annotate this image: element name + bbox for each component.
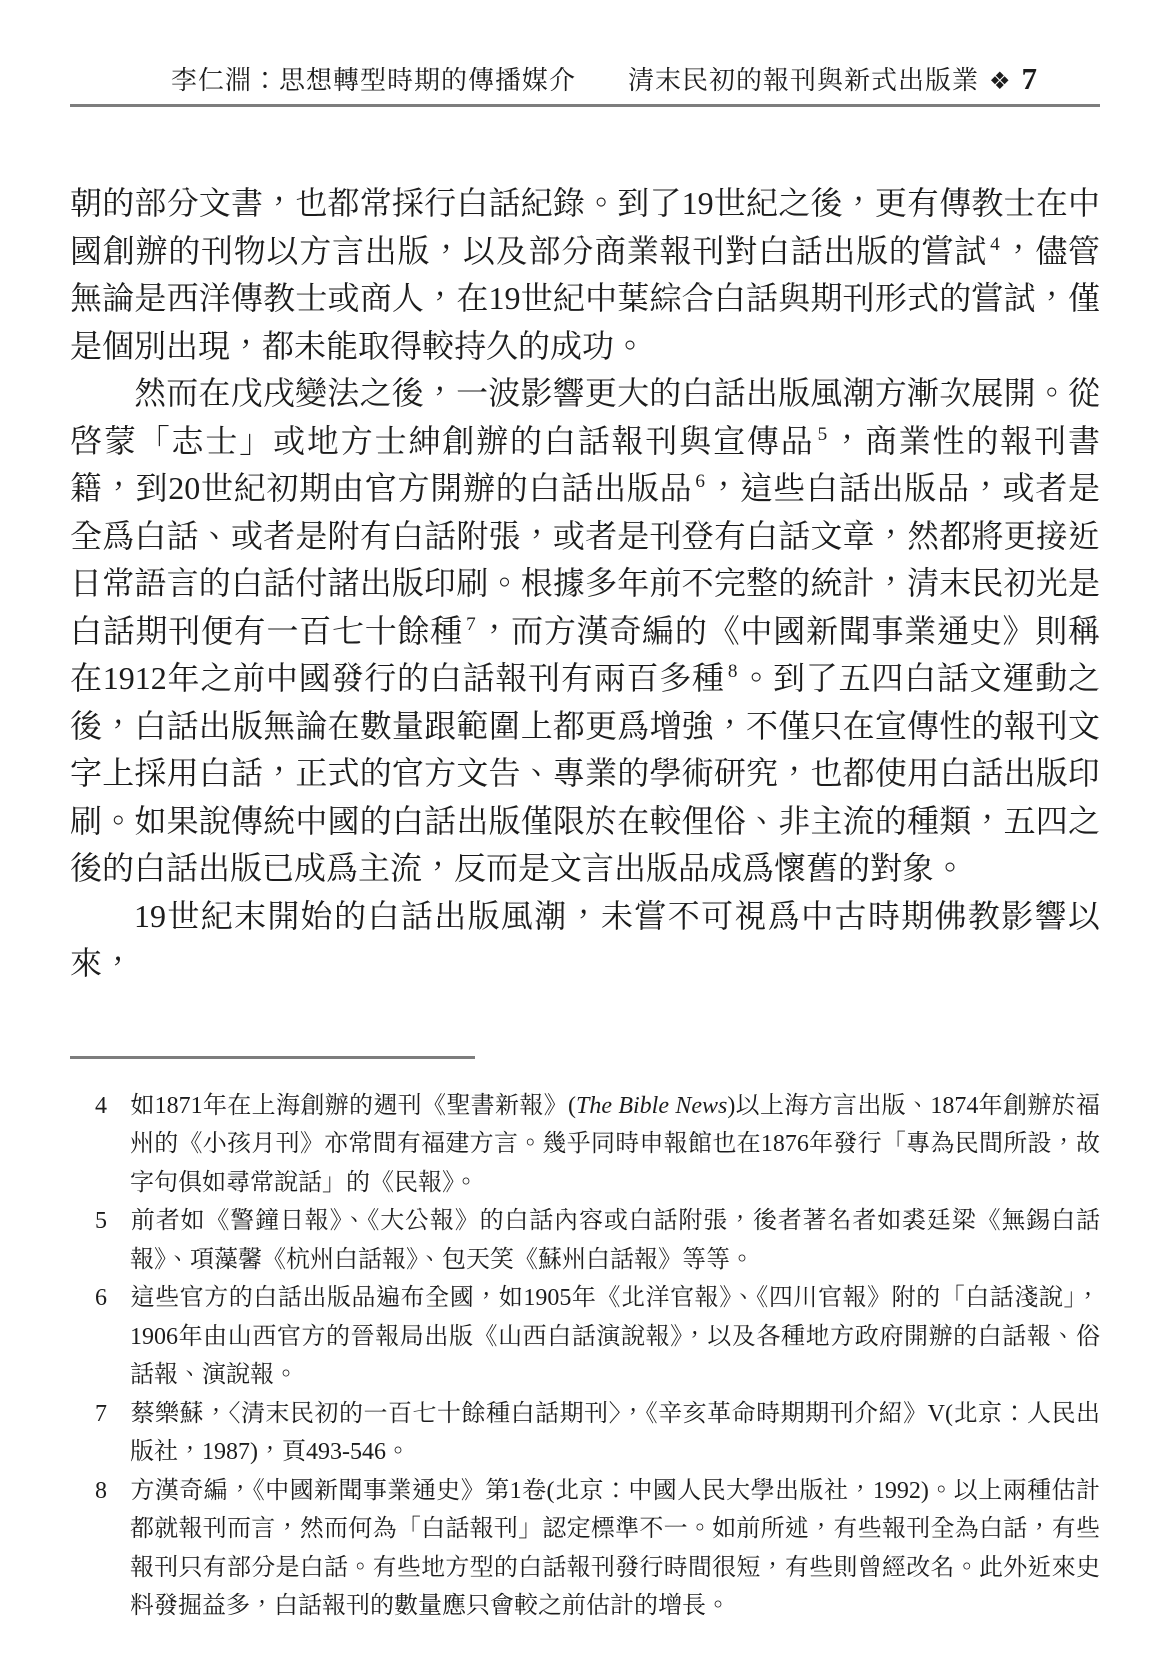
paper-page: 李仁淵：思想轉型時期的傳播媒介 清末民初的報刊與新式出版業 ❖ 7 朝的部分文書…: [0, 0, 1170, 1654]
diamond-icon: ❖: [989, 67, 1012, 96]
footnote-number: 6: [95, 1279, 130, 1318]
text-run: 蔡樂蘇，〈清末民初的一百七十餘種白話期刊〉，《辛亥革命時期期刊介紹》V(北京：人…: [130, 1401, 1100, 1466]
footnote-number: 7: [95, 1395, 130, 1434]
text-run: 朝的部分文書，也都常採行白話紀錄。到了19世紀之後，更有傳教士在中國創辦的刊物以…: [70, 185, 1100, 269]
footnote-number: 4: [95, 1087, 130, 1126]
footnotes: 4如1871年在上海創辦的週刊《聖書新報》(The Bible News)以上海…: [70, 1087, 1100, 1626]
text-run: 這些官方的白話出版品遍布全國，如1905年《北洋官報》、《四川官報》附的「白話淺…: [130, 1285, 1100, 1388]
footnote: 8方漢奇編，《中國新聞事業通史》第1卷(北京：中國人民大學出版社，1992)。以…: [95, 1472, 1100, 1626]
page-number: 7: [1022, 61, 1039, 97]
body-paragraph: 朝的部分文書，也都常採行白話紀錄。到了19世紀之後，更有傳教士在中國創辦的刊物以…: [70, 180, 1100, 370]
latin-title: The Bible News: [576, 1093, 727, 1119]
running-head-author-title: 李仁淵：思想轉型時期的傳播媒介: [171, 60, 576, 97]
footnote: 7蔡樂蘇，〈清末民初的一百七十餘種白話期刊〉，《辛亥革命時期期刊介紹》V(北京：…: [95, 1395, 1100, 1472]
text-run: 19世紀末開始的白話出版風潮，未嘗不可視爲中古時期佛教影響以來，: [70, 898, 1100, 982]
running-head-article-title: 清末民初的報刊與新式出版業 ❖ 7: [628, 60, 1038, 97]
footnote-ref: 6: [695, 471, 705, 492]
footnote: 4如1871年在上海創辦的週刊《聖書新報》(The Bible News)以上海…: [95, 1087, 1100, 1203]
text-run: 前者如《警鐘日報》、《大公報》的白話內容或白話附張，後者著名者如裘廷梁《無錫白話…: [130, 1208, 1100, 1273]
body-paragraph: 19世紀末開始的白話出版風潮，未嘗不可視爲中古時期佛教影響以來，: [70, 893, 1100, 988]
body-text: 朝的部分文書，也都常採行白話紀錄。到了19世紀之後，更有傳教士在中國創辦的刊物以…: [70, 180, 1100, 988]
text-run: 方漢奇編，《中國新聞事業通史》第1卷(北京：中國人民大學出版社，1992)。以上…: [130, 1478, 1100, 1620]
footnote-ref: 4: [990, 234, 1000, 255]
header-rule: [70, 104, 1100, 107]
footnote-number: 5: [95, 1202, 130, 1241]
footnote-ref: 8: [728, 661, 738, 682]
footnote: 5前者如《警鐘日報》、《大公報》的白話內容或白話附張，後者著名者如裘廷梁《無錫白…: [95, 1202, 1100, 1279]
footnote: 6這些官方的白話出版品遍布全國，如1905年《北洋官報》、《四川官報》附的「白話…: [95, 1279, 1100, 1395]
footnote-ref: 7: [466, 614, 476, 635]
text-run: 如1871年在上海創辦的週刊《聖書新報》(: [130, 1093, 576, 1119]
footnote-separator-rule: [70, 1056, 475, 1059]
footnote-ref: 5: [818, 424, 828, 445]
body-paragraph: 然而在戊戌變法之後，一波影響更大的白話出版風潮方漸次展開。從啓蒙「志士」或地方士…: [70, 370, 1100, 893]
footnote-number: 8: [95, 1472, 130, 1511]
running-head: 李仁淵：思想轉型時期的傳播媒介 清末民初的報刊與新式出版業 ❖ 7: [70, 0, 1100, 97]
running-head-article-title-text: 清末民初的報刊與新式出版業: [628, 60, 979, 97]
